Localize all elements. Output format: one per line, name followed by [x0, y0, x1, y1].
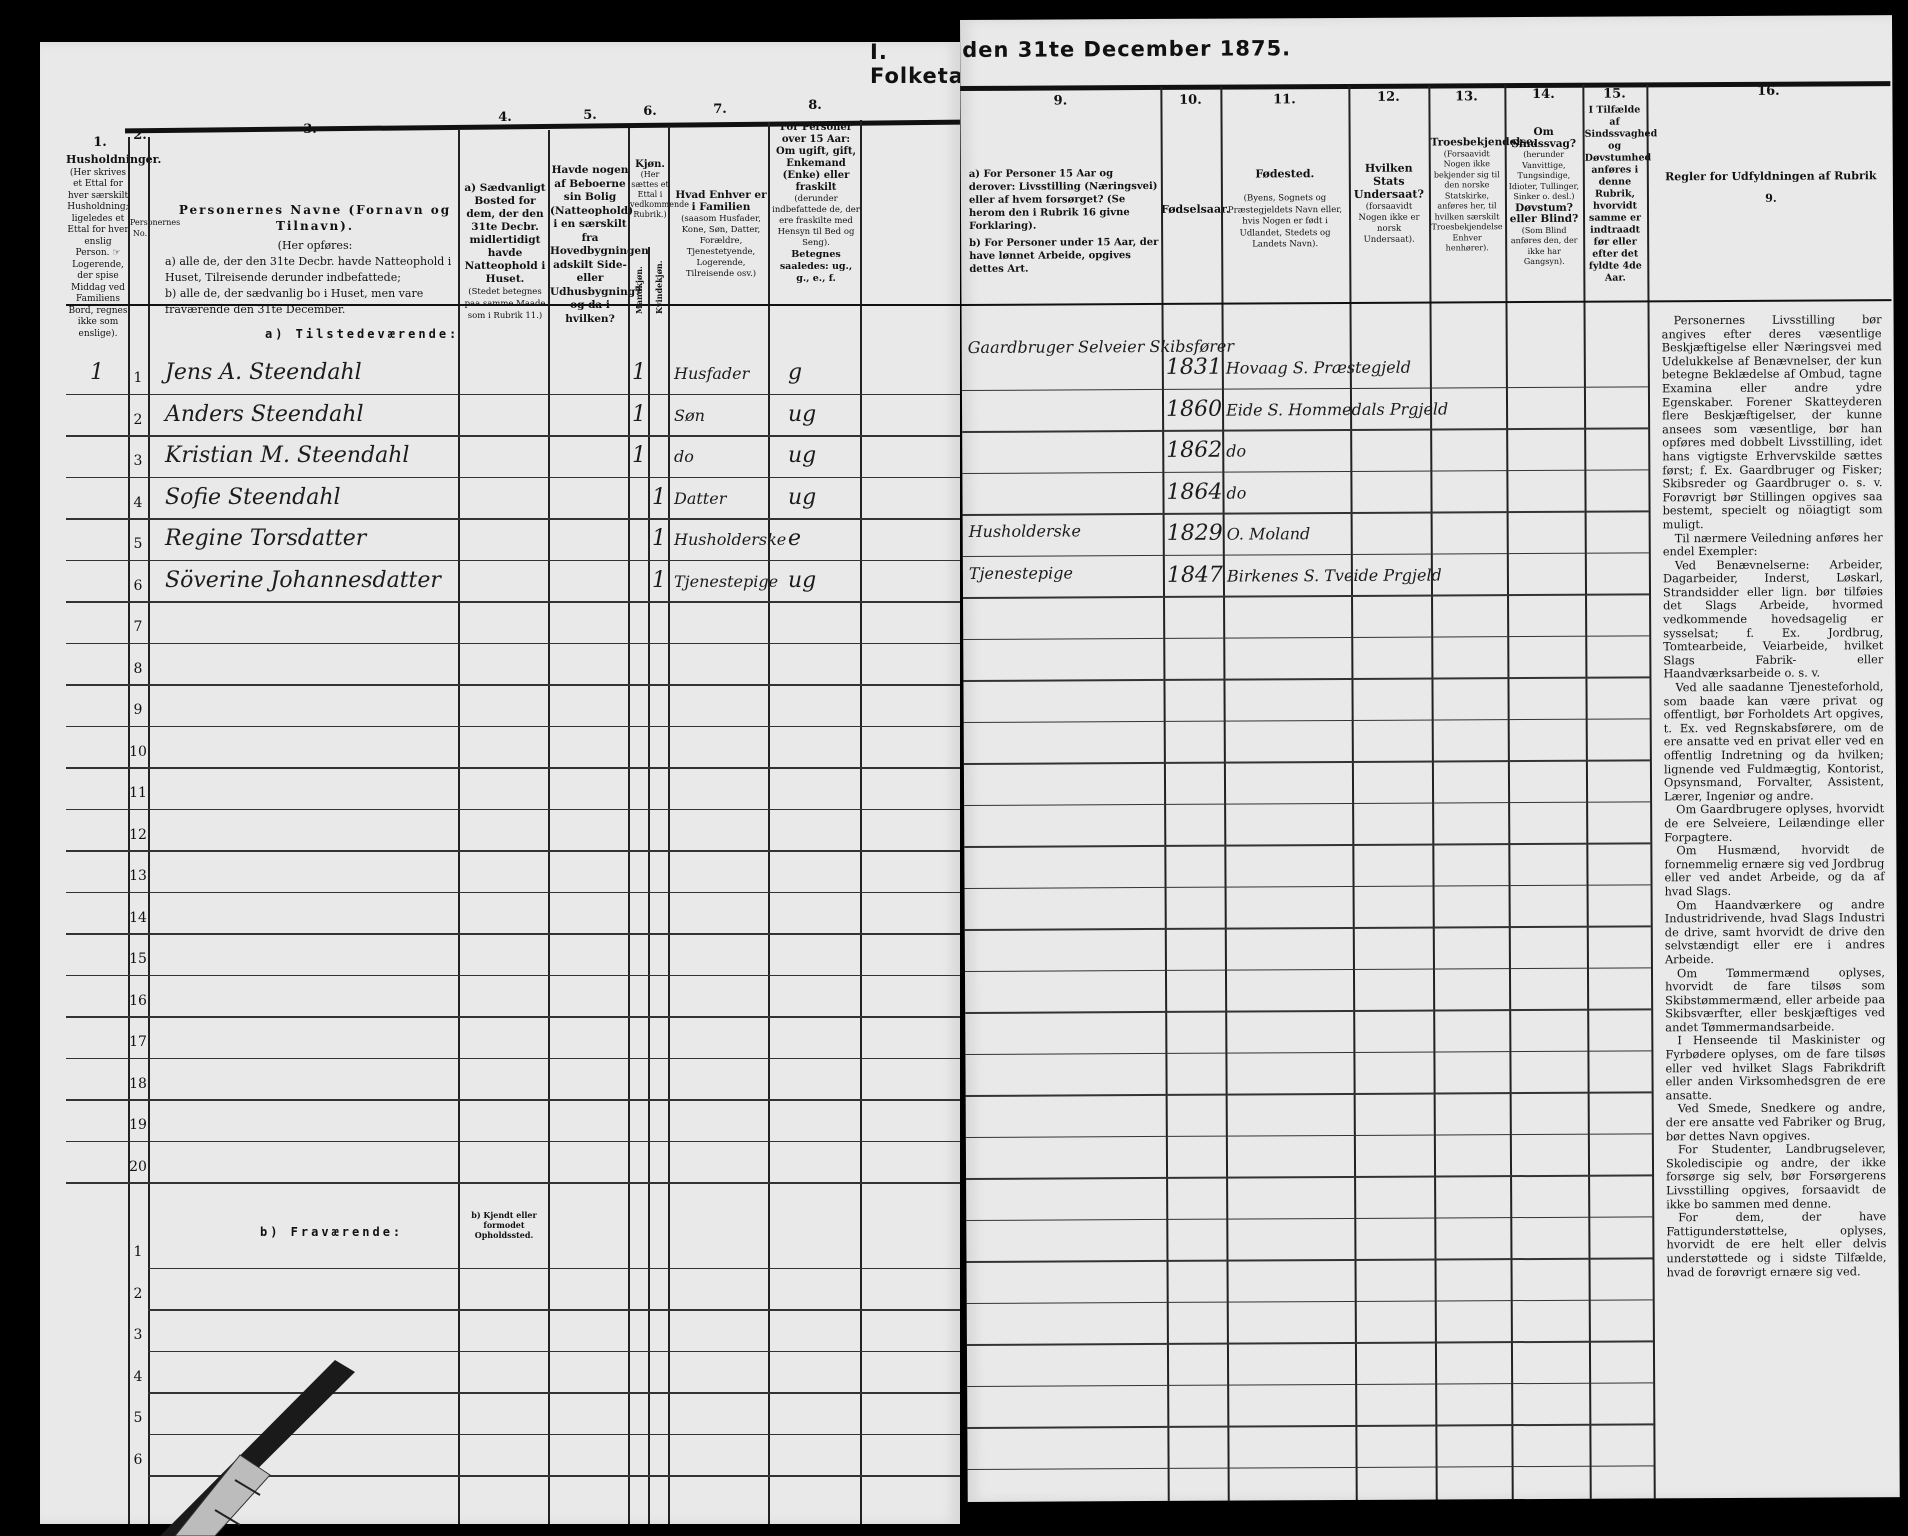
row-number: 10 — [128, 744, 148, 760]
row-line — [965, 1050, 1651, 1055]
person-name: Anders Steendahl — [165, 402, 363, 427]
divider — [1348, 86, 1357, 1500]
family-role: Datter — [674, 489, 726, 508]
col-9-header: a) For Personer 15 Aar og derover: Livss… — [969, 167, 1160, 276]
row-number: 20 — [128, 1159, 148, 1175]
row-line — [967, 1423, 1653, 1428]
row-line — [66, 1141, 960, 1143]
family-role: Søn — [674, 406, 705, 425]
row-line — [963, 552, 1649, 557]
rules-paragraph: Personernes Livsstilling bør angives eft… — [1662, 313, 1883, 532]
row-number: 11 — [128, 785, 148, 801]
birth-year: 1862 — [1166, 438, 1222, 463]
marital-status: ug — [788, 485, 816, 510]
rules-text: Personernes Livsstilling bør angives eft… — [1662, 313, 1887, 1279]
col-13-number: 13. — [1428, 89, 1504, 104]
row-line — [66, 601, 960, 603]
divider — [1646, 84, 1655, 1498]
rules-paragraph: Ved Benævnelserne: Arbeider, Dagarbeider… — [1663, 558, 1884, 681]
row-line — [66, 643, 960, 645]
col-4-header: a) Sædvanligt Bosted for dem, der den 31… — [460, 182, 550, 322]
col-12-number: 12. — [1348, 90, 1428, 105]
row-number: 2 — [128, 1286, 148, 1302]
document-title-left: I. Folketal — [870, 40, 972, 88]
pen-pointer — [120, 1350, 360, 1536]
divider — [148, 137, 150, 1524]
divider — [628, 128, 630, 1524]
birthplace: do — [1226, 483, 1246, 502]
row-line — [966, 1133, 1652, 1138]
col-6-header: Kjøn. (Her sættes et Ettal i vedkommende… — [630, 160, 670, 220]
person-name: Söverine Johannesdatter — [165, 568, 441, 593]
row-line — [964, 842, 1650, 847]
rules-paragraph: Til nærmere Veiledning anføres her endel… — [1663, 531, 1883, 559]
row-number: 8 — [128, 661, 148, 677]
birthplace: Birkenes S. Tveide Prgjeld — [1227, 565, 1442, 585]
col-5-header: Havde nogen af Beboerne sin Bolig (Natte… — [550, 164, 630, 326]
col-6-number: 6. — [630, 104, 670, 119]
col-1-number: 1. — [70, 135, 130, 150]
birth-year: 1864 — [1166, 479, 1222, 504]
row-line — [967, 1299, 1653, 1304]
row-number: 1 — [128, 370, 148, 386]
row-line — [965, 884, 1651, 889]
row-line — [964, 801, 1650, 806]
col-6-female-label: Kvindekjøn. — [654, 264, 664, 314]
birth-year: 1860 — [1166, 396, 1222, 421]
col-3-header: Personernes Navne (Fornavn og Tilnavn). … — [165, 202, 465, 318]
divider — [1428, 86, 1437, 1500]
birthplace: Hovaag S. Præstegjeld — [1226, 358, 1411, 378]
row-line — [965, 925, 1651, 930]
right-page: den 31te December 1875. 9. 10. 11. 12. 1… — [960, 15, 1900, 1502]
col-15-number: 15. — [1582, 86, 1646, 101]
row-line — [963, 635, 1649, 640]
row-line — [66, 892, 960, 894]
header-bottom-rule — [961, 299, 1891, 306]
left-page: I. Folketal 1. 2. 3. 4. 5. 6. 7. 8. Hush… — [40, 42, 960, 1524]
row-number: 18 — [128, 1076, 148, 1092]
row-number: 5 — [128, 536, 148, 552]
row-number: 19 — [128, 1117, 148, 1133]
row-number: 3 — [128, 453, 148, 469]
row-line — [967, 1382, 1653, 1387]
col-2-number: 2. — [130, 128, 150, 143]
row-line — [66, 767, 960, 769]
household-mark: 1 — [90, 360, 104, 385]
person-name: Kristian M. Steendahl — [165, 443, 409, 468]
col-7-header: Hvad Enhver er i Familien (saasom Husfad… — [672, 190, 770, 280]
rules-paragraph: For Studenter, Landbrugselever, Skoledis… — [1666, 1142, 1886, 1211]
row-line — [966, 1174, 1652, 1179]
col-2-header: Personernes No. — [130, 217, 150, 239]
row-line — [964, 718, 1650, 723]
divider — [1220, 87, 1229, 1501]
divider — [648, 247, 650, 1524]
col-9-number: 9. — [960, 93, 1160, 109]
marital-status: ug — [788, 402, 816, 427]
row-line — [148, 1309, 960, 1311]
row-line — [965, 1008, 1651, 1013]
col-10-number: 10. — [1160, 93, 1220, 108]
row-number: 3 — [128, 1327, 148, 1343]
rules-paragraph: I Henseende til Maskinister og Fyrbødere… — [1665, 1034, 1885, 1103]
row-number: 9 — [128, 702, 148, 718]
col-4-number: 4. — [460, 110, 550, 125]
row-line — [963, 510, 1649, 515]
female-mark: 1 — [652, 526, 666, 551]
row-line — [148, 1268, 960, 1270]
birthplace: do — [1226, 442, 1246, 461]
occupation: Husholderske — [969, 521, 1081, 541]
birth-year: 1829 — [1167, 521, 1223, 546]
birthplace: Eide S. Hommedals Prgjeld — [1226, 399, 1448, 419]
col-3-number: 3. — [150, 122, 470, 137]
right-rows — [960, 15, 1892, 20]
col-16-header: Regler for Udfyldningen af Rubrik 9. — [1661, 165, 1881, 210]
row-line — [966, 1257, 1652, 1262]
col-10-header: Fødselsaar. — [1161, 199, 1221, 221]
document-title-right: den 31te December 1875. — [962, 36, 1291, 62]
row-number: 6 — [128, 578, 148, 594]
female-mark: 1 — [652, 568, 666, 593]
marital-status: g — [788, 360, 802, 385]
divider — [1582, 85, 1591, 1499]
row-number: 16 — [128, 993, 148, 1009]
row-number: 4 — [128, 495, 148, 511]
divider — [1504, 85, 1513, 1499]
col-8-header: For Personer over 15 Aar: Om ugift, gift… — [772, 122, 860, 285]
section-absent-label: b) Fraværende: — [260, 1225, 403, 1239]
row-line — [66, 850, 960, 852]
row-line — [964, 759, 1650, 764]
marital-status: ug — [788, 568, 816, 593]
rules-paragraph: Ved alle saadanne Tjenesteforhold, som b… — [1663, 680, 1884, 803]
rules-paragraph: Om Tømmermænd oplyses, hvorvidt de fare … — [1665, 966, 1885, 1035]
divider — [668, 126, 670, 1524]
row-line — [962, 427, 1648, 432]
row-line — [66, 933, 960, 935]
birth-year: 1831 — [1166, 355, 1222, 380]
row-line — [965, 967, 1651, 972]
row-line — [66, 560, 960, 562]
row-line — [967, 1340, 1653, 1345]
row-line — [963, 593, 1649, 598]
row-line — [66, 684, 960, 686]
birth-year: 1847 — [1167, 562, 1223, 587]
col-6-male-label: Mandkjøn. — [634, 264, 644, 314]
row-number: 7 — [128, 619, 148, 635]
row-line — [66, 477, 960, 479]
divider — [768, 122, 770, 1524]
col-5-number: 5. — [550, 108, 630, 123]
rules-paragraph: Om Gaardbrugere oplyses, hvorvidt de ere… — [1664, 803, 1884, 845]
col-7-number: 7. — [670, 102, 770, 117]
divider — [860, 120, 862, 1524]
occupation: Tjenestepige — [969, 563, 1073, 583]
row-line — [66, 809, 960, 811]
row-line — [66, 1099, 960, 1101]
row-line — [962, 386, 1648, 391]
rules-paragraph: Ved Smede, Snedkere og andre, der ere an… — [1666, 1102, 1886, 1144]
person-name: Sofie Steendahl — [165, 485, 341, 510]
row-number: 15 — [128, 951, 148, 967]
row-line — [66, 975, 960, 977]
row-number: 14 — [128, 910, 148, 926]
col-16-number: 16. — [1646, 83, 1890, 99]
marital-status: e — [788, 526, 801, 551]
row-line — [66, 726, 960, 728]
male-mark: 1 — [632, 360, 646, 385]
col-11-header: Fødested. (Byens, Sognets og Præstegjeld… — [1223, 168, 1347, 251]
male-mark: 1 — [632, 402, 646, 427]
row-number: 1 — [128, 1244, 148, 1260]
col-11-number: 11. — [1220, 92, 1348, 108]
family-role: Husholderske — [674, 530, 786, 549]
marital-status: ug — [788, 443, 816, 468]
row-line — [963, 676, 1649, 681]
person-name: Regine Torsdatter — [165, 526, 366, 551]
col-1-header: Husholdninger. (Her skrives et Ettal for… — [66, 154, 130, 340]
rules-paragraph: Om Haandværkere og andre Industridrivend… — [1665, 898, 1885, 967]
row-number: 12 — [128, 827, 148, 843]
male-mark: 1 — [632, 443, 646, 468]
row-line — [66, 518, 960, 520]
family-role: Husfader — [674, 364, 749, 383]
header-bottom-rule — [66, 304, 960, 306]
row-number: 17 — [128, 1034, 148, 1050]
row-line — [66, 394, 960, 396]
row-line — [66, 435, 960, 437]
birthplace: O. Moland — [1227, 524, 1311, 543]
col-12-header: Hvilken Stats Undersaat? (forsaavidt Nog… — [1351, 163, 1427, 246]
divider — [548, 130, 550, 1524]
section-present-label: a) Tilstedeværende: — [265, 327, 459, 341]
row-line — [66, 1058, 960, 1060]
row-line — [966, 1091, 1652, 1096]
col-14-number: 14. — [1504, 87, 1582, 102]
row-line — [66, 1182, 960, 1184]
col-14-header: Om Sindssvag? (herunder Vanvittige, Tung… — [1507, 127, 1582, 268]
rules-paragraph: For dem, der have Fattigunderstøttelse, … — [1666, 1210, 1886, 1279]
person-name: Jens A. Steendahl — [165, 360, 362, 385]
rules-paragraph: Om Husmænd, hvorvidt de fornemmelig ernæ… — [1664, 843, 1884, 899]
right-entries: Gaardbruger Selveier Skibsfører1831Hovaa… — [960, 15, 1892, 20]
col-15-header: I Tilfælde af Sindssvaghed og Døvstumhed… — [1584, 104, 1645, 284]
row-number: 2 — [128, 412, 148, 428]
family-role: do — [674, 447, 694, 466]
row-line — [66, 1016, 960, 1018]
row-line — [966, 1216, 1652, 1221]
family-role: Tjenestepige — [674, 572, 778, 591]
divider — [1160, 87, 1169, 1501]
col-13-header: Troesbekjendelse. (Forsaavidt Nogen ikke… — [1431, 137, 1504, 254]
row-line — [962, 469, 1648, 474]
row-number: 13 — [128, 868, 148, 884]
row-line — [968, 1465, 1654, 1470]
col-8-number: 8. — [770, 98, 860, 113]
female-mark: 1 — [652, 485, 666, 510]
absent-location-header: b) Kjendt eller formodet Opholdssted. — [462, 1210, 546, 1240]
